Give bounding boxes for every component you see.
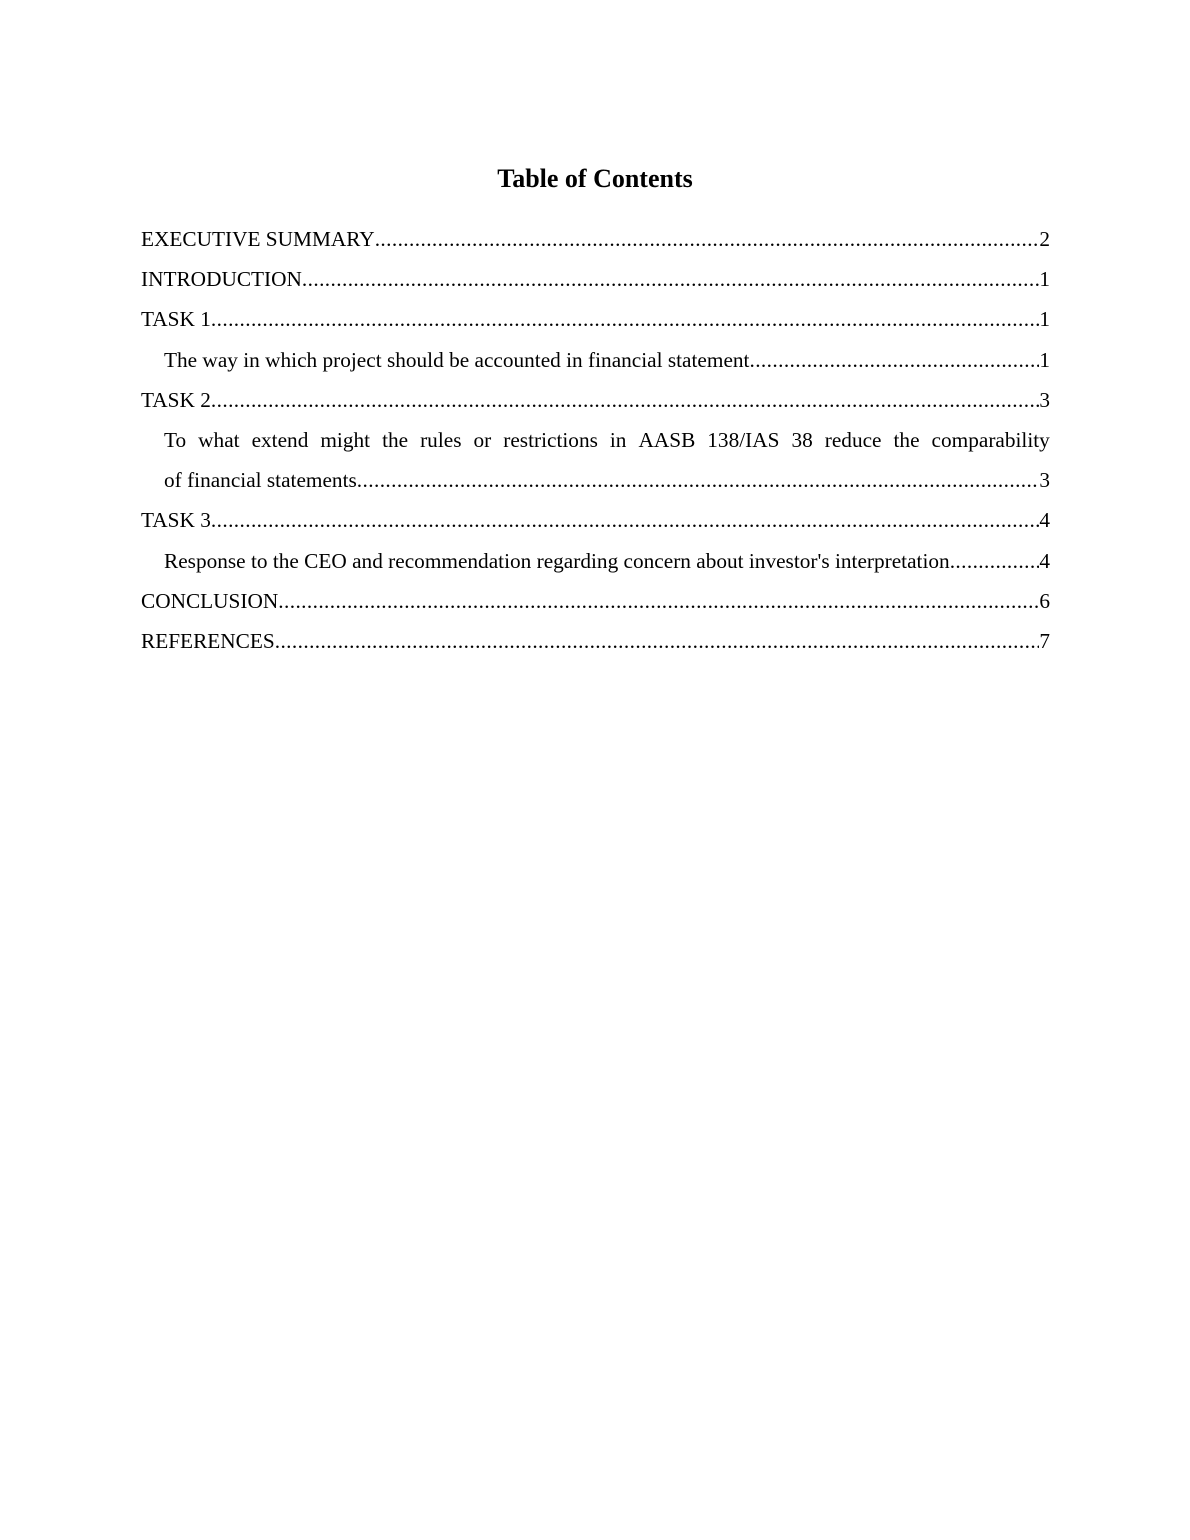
dot-leader xyxy=(211,500,1039,540)
toc-page-number: 4 xyxy=(1039,500,1050,540)
toc-entry-label: CONCLUSION xyxy=(141,581,278,621)
toc-entry-word: might xyxy=(320,420,370,460)
toc-entry-label: The way in which project should be accou… xyxy=(164,340,749,380)
toc-entry-word: extend xyxy=(252,420,309,460)
toc-entry-task-3[interactable]: TASK 3 4 xyxy=(141,500,1050,540)
toc-entry-task-2-comparability-line2[interactable]: of financial statements 3 xyxy=(141,460,1050,500)
table-of-contents: EXECUTIVE SUMMARY 2 INTRODUCTION 1 TASK … xyxy=(141,219,1050,661)
dot-leader xyxy=(211,380,1039,420)
toc-entry-task-2[interactable]: TASK 2 3 xyxy=(141,380,1050,420)
dot-leader xyxy=(375,219,1040,259)
toc-page-number: 7 xyxy=(1039,621,1050,661)
toc-entry-label: of financial statements xyxy=(164,460,357,500)
toc-entry-word: or xyxy=(474,420,492,460)
dot-leader xyxy=(211,299,1039,339)
dot-leader xyxy=(302,259,1039,299)
toc-page-number: 4 xyxy=(1039,541,1050,581)
toc-page-number: 3 xyxy=(1039,460,1050,500)
toc-entry-label: INTRODUCTION xyxy=(141,259,302,299)
toc-entry-conclusion[interactable]: CONCLUSION 6 xyxy=(141,581,1050,621)
toc-entry-word: the xyxy=(894,420,920,460)
dot-leader xyxy=(749,340,1039,380)
toc-entry-task-1[interactable]: TASK 1 1 xyxy=(141,299,1050,339)
dot-leader xyxy=(357,460,1040,500)
toc-entry-word: 138/IAS xyxy=(707,420,779,460)
dot-leader xyxy=(275,621,1040,661)
toc-entry-word: 38 xyxy=(791,420,812,460)
toc-entry-label: TASK 1 xyxy=(141,299,211,339)
toc-entry-label: TASK 2 xyxy=(141,380,211,420)
toc-entry-references[interactable]: REFERENCES 7 xyxy=(141,621,1050,661)
toc-page-number: 2 xyxy=(1039,219,1050,259)
dot-leader xyxy=(950,541,1040,581)
toc-entry-task-3-ceo-response[interactable]: Response to the CEO and recommendation r… xyxy=(141,541,1050,581)
toc-entry-label: REFERENCES xyxy=(141,621,275,661)
toc-entry-word: rules xyxy=(420,420,461,460)
toc-entry-label: EXECUTIVE SUMMARY xyxy=(141,219,375,259)
toc-entry-label: Response to the CEO and recommendation r… xyxy=(164,541,950,581)
toc-page-number: 1 xyxy=(1039,299,1050,339)
toc-page-number: 1 xyxy=(1039,340,1050,380)
toc-entry-label: TASK 3 xyxy=(141,500,211,540)
toc-entry-word: restrictions xyxy=(503,420,598,460)
toc-entry-introduction[interactable]: INTRODUCTION 1 xyxy=(141,259,1050,299)
toc-entry-word: the xyxy=(382,420,408,460)
toc-entry-task-2-comparability-line1[interactable]: Towhatextendmighttherulesorrestrictionsi… xyxy=(141,420,1050,460)
toc-entry-word: To xyxy=(164,420,186,460)
toc-entry-word: what xyxy=(198,420,239,460)
toc-entry-word: in xyxy=(610,420,627,460)
toc-page-number: 6 xyxy=(1039,581,1050,621)
toc-page-number: 1 xyxy=(1039,259,1050,299)
toc-title: Table of Contents xyxy=(0,162,1190,196)
toc-entry-executive-summary[interactable]: EXECUTIVE SUMMARY 2 xyxy=(141,219,1050,259)
toc-entry-word: reduce xyxy=(825,420,882,460)
dot-leader xyxy=(278,581,1039,621)
toc-entry-word: comparability xyxy=(932,420,1050,460)
document-page: Table of Contents EXECUTIVE SUMMARY 2 IN… xyxy=(0,0,1190,1540)
toc-entry-task-1-accounting[interactable]: The way in which project should be accou… xyxy=(141,340,1050,380)
toc-page-number: 3 xyxy=(1039,380,1050,420)
toc-entry-word: AASB xyxy=(638,420,695,460)
